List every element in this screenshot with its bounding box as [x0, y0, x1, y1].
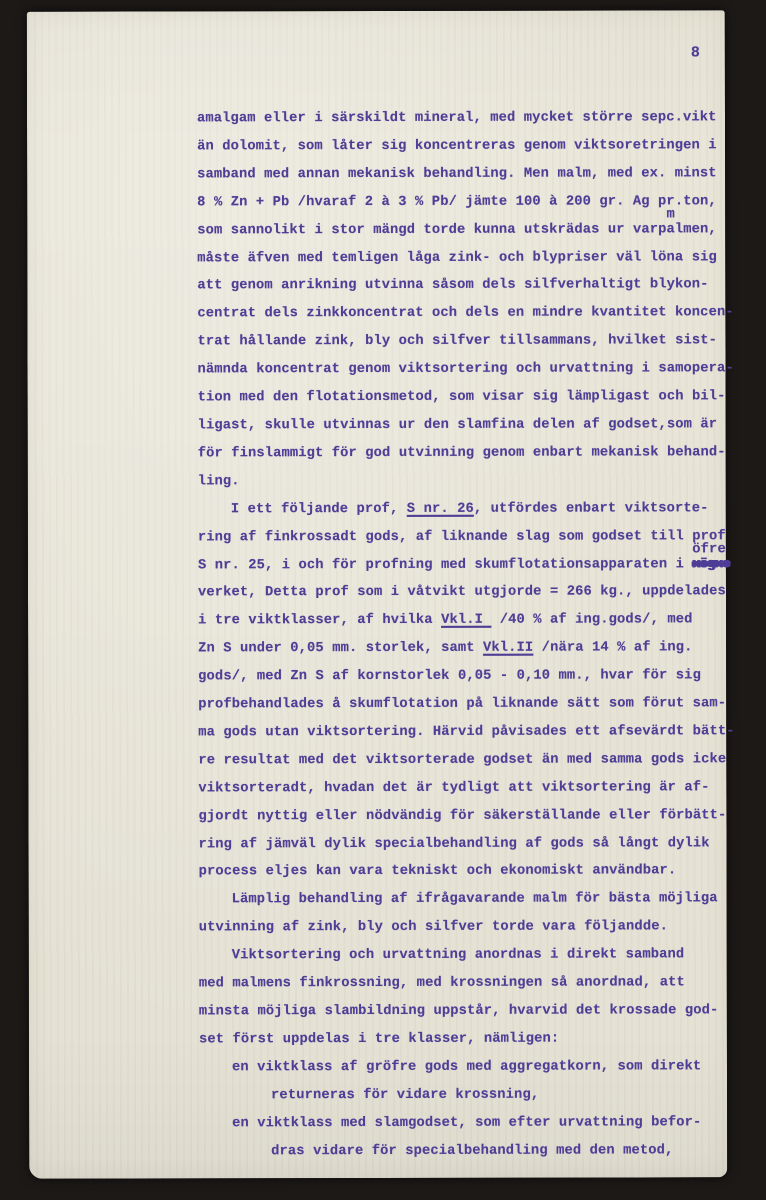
document-line: dras vidare för specialbehandling med de… [199, 1137, 744, 1166]
text-segment: set först uppdelas i tre klasser, nämlig… [199, 1032, 559, 1048]
document-line: att genom anrikning utvinna såsom dels s… [197, 272, 742, 301]
text-segment: måste äfven med temligen låga zink- och … [197, 250, 717, 266]
document-line: trat hållande zink, bly och silfver till… [197, 327, 742, 356]
text-segment: profbehandlades å skumflotation på likna… [198, 696, 726, 712]
document-line: amalgam eller i särskildt mineral, med m… [197, 104, 742, 133]
document-line: ring af jämväl dylik specialbehandling a… [198, 830, 743, 859]
document-line: viktsorteradt, hvadan det är tydligt att… [198, 774, 743, 803]
text-segment: /nära 14 % af ing. [533, 641, 692, 656]
text-segment: som sannolikt i stor mängd torde kunna u… [197, 222, 666, 238]
document-line: med malmens finkrossning, med krossninge… [199, 969, 744, 998]
document-line: än dolomit, som låter sig koncentreras g… [197, 132, 742, 161]
document-line: Zn S under 0,05 mm. storlek, samt Vkl.II… [198, 634, 743, 663]
text-segment: med malmens finkrossning, med krossninge… [199, 975, 685, 991]
document-line: som sannolikt i stor mängd torde kunna u… [197, 216, 742, 245]
text-segment: , utfördes enbart viktsorte- [474, 501, 709, 516]
document-line: en viktklass af gröfre gods med aggregat… [199, 1053, 744, 1082]
text-segment: Lämplig behandling af ifrågavarande malm… [232, 892, 718, 908]
document-line: måste äfven med temligen låga zink- och … [197, 244, 742, 273]
document-line: 8 % Zn + Pb /hvaraf 2 à 3 % Pb/ jämte 10… [197, 188, 742, 217]
text-segment: ma gods utan viktsortering. Härvid påvis… [198, 724, 734, 740]
text-segment: gods/, med Zn S af kornstorlek 0,05 - 0,… [198, 668, 701, 684]
text-segment: ring af jämväl dylik specialbehandling a… [199, 836, 710, 852]
text-segment: amalgam eller i särskildt mineral, med m… [197, 110, 717, 126]
document-line: ma gods utan viktsortering. Härvid påvis… [198, 718, 743, 747]
text-segment: utvinning af zink, bly och silfver torde… [199, 920, 668, 936]
text-segment: verket, Detta prof som i våtvikt utgjord… [198, 585, 726, 601]
document-body: amalgam eller i särskildt mineral, med m… [197, 104, 744, 1166]
document-line: samband med annan mekanisk behandling. M… [197, 160, 742, 189]
document-line: Lämplig behandling af ifrågavarande malm… [199, 886, 744, 915]
text-segment: process eljes kan vara tekniskt och ekon… [199, 864, 677, 880]
document-line: ring af finkrossadt gods, af liknande sl… [198, 523, 743, 552]
text-segment: viktsorteradt, hvadan det är tydligt att… [198, 780, 709, 796]
text-segment: Viktsortering och urvattning anordnas i … [232, 948, 685, 964]
document-line: process eljes kan vara tekniskt och ekon… [199, 858, 744, 887]
text-segment: almen, [666, 222, 716, 237]
text-segment: nämnda koncentrat genom viktsortering oc… [198, 361, 734, 377]
text-segment: att genom anrikning utvinna såsom dels s… [197, 278, 708, 294]
document-line: gods/, med Zn S af kornstorlek 0,05 - 0,… [198, 662, 743, 691]
text-segment: en viktklass med slamgodset, som efter u… [232, 1115, 701, 1131]
text-segment: dras vidare för specialbehandling med de… [271, 1143, 673, 1159]
document-line: verket, Detta prof som i våtvikt utgjord… [198, 579, 743, 608]
document-line: utvinning af zink, bly och silfver torde… [199, 914, 744, 943]
text-segment: trat hållande zink, bly och silfver till… [197, 334, 717, 350]
document-line: ligast, skulle utvinnas ur den slamfina … [198, 411, 743, 440]
text-segment: en viktklass af gröfre gods med aggregat… [232, 1059, 701, 1075]
document-line: profbehandlades å skumflotation på likna… [198, 690, 743, 719]
document-line: för finslammigt för god utvinning genom … [198, 439, 743, 468]
text-segment: S nr. 25, i och för profning med skumflo… [198, 557, 692, 573]
text-segment: returneras för vidare krossning, [271, 1087, 539, 1103]
document-line: nämnda koncentrat genom viktsortering oc… [198, 355, 743, 384]
document-line: tion med den flotationsmetod, som visar … [198, 383, 743, 412]
document-line: I ett följande prof, S nr. 26, utfördes … [198, 495, 743, 524]
document-line: centrat dels zinkkoncentrat och dels en … [197, 300, 742, 329]
document-line: Viktsortering och urvattning anordnas i … [199, 941, 744, 970]
underlined-reference: S nr. 26 [407, 501, 474, 516]
text-segment: 8 % Zn + Pb /hvaraf 2 à 3 % Pb/ jämte 10… [197, 194, 717, 210]
text-segment: ling. [198, 474, 240, 489]
text-segment: /40 % af ing.gods/, med [491, 613, 692, 628]
text-segment: centrat dels zinkkoncentrat och dels en … [197, 306, 733, 322]
text-segment: samband med annan mekanisk behandling. M… [197, 166, 717, 182]
document-line: gjordt nyttig eller nödvändig för säkers… [198, 802, 743, 831]
document-line: minsta möjliga slambildning uppstår, hva… [199, 997, 744, 1026]
document-line: en viktklass med slamgodset, som efter u… [199, 1109, 744, 1138]
underlined-reference: Vkl.II [483, 641, 533, 656]
text-segment: ligast, skulle utvinnas ur den slamfina … [198, 417, 718, 433]
document-line: i tre viktklasser, af hvilka Vkl.I /40 %… [198, 607, 743, 636]
text-segment: gjordt nyttig eller nödvändig för säkers… [198, 808, 726, 824]
text-segment: re resultat med det viktsorterade godset… [198, 752, 726, 768]
text-segment: minsta möjliga slambildning uppstår, hva… [199, 1003, 719, 1019]
document-line: S nr. 25, i och för profning med skumflo… [198, 551, 743, 580]
text-segment: än dolomit, som låter sig koncentreras g… [197, 138, 717, 154]
text-segment: tion med den flotationsmetod, som visar … [198, 389, 726, 405]
struck-out-word: xögxe [692, 557, 729, 572]
text-segment: I ett följande prof, [231, 502, 407, 517]
text-segment: i tre viktklasser, af hvilka [198, 613, 441, 629]
text-segment: Zn S under 0,05 mm. storlek, samt [198, 641, 483, 657]
document-line: set först uppdelas i tre klasser, nämlig… [199, 1025, 744, 1054]
document-line: ling. [198, 467, 743, 496]
text-segment: för finslammigt för god utvinning genom … [198, 445, 726, 461]
document-line: re resultat med det viktsorterade godset… [198, 746, 743, 775]
underlined-reference: Vkl.I [441, 613, 491, 628]
paper-sheet: 8 amalgam eller i särskildt mineral, med… [27, 10, 727, 1178]
document-line: returneras för vidare krossning, [199, 1081, 744, 1110]
page-number: 8 [691, 44, 700, 61]
text-segment: ring af finkrossadt gods, af liknande sl… [198, 529, 726, 545]
